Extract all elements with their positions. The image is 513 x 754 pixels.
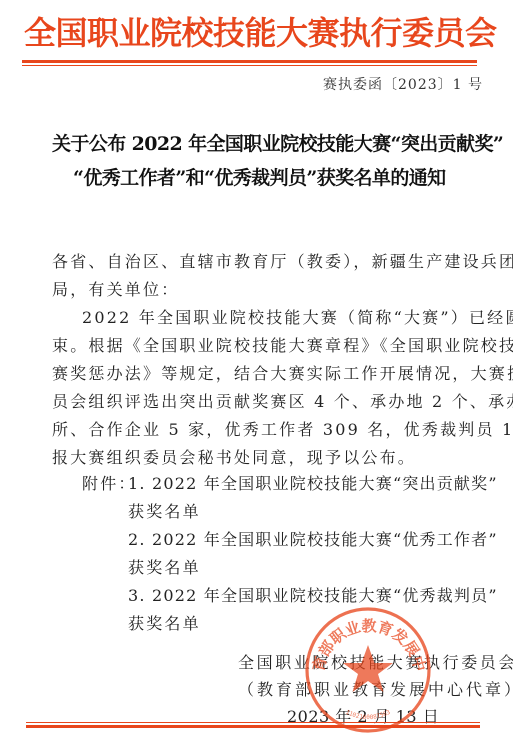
attachment-item-3-cont: 获奖名单 [128, 614, 201, 634]
paragraph-line-3: 赛奖惩办法》等规定，结合大赛实际工作开展情况，大赛执行委 [52, 364, 513, 384]
salutation-line-2: 局，有关单位： [52, 280, 179, 300]
attachment-item-3: 3. 2022 年全国职业院校技能大赛“优秀裁判员” [128, 586, 498, 606]
document-number: 赛执委函〔2023〕1 号 [323, 74, 483, 94]
attachment-item-1-cont: 获奖名单 [128, 502, 201, 522]
organization-header: 全国职业院校技能大赛执行委员会 [24, 9, 480, 57]
footer-rule-thin [26, 722, 480, 723]
header-rule-thick [22, 60, 477, 63]
title-line-1: 关于公布 2022 年全国职业院校技能大赛“突出贡献奖” [52, 129, 503, 156]
signature-organization: 全国职业院校技能大赛执行委员会 [238, 650, 513, 673]
title-line-2: “优秀工作者”和“优秀裁判员”获奖名单的通知 [73, 163, 446, 190]
paragraph-line-4: 员会组织评选出突出贡献奖赛区 4 个、承办地 2 个、承办校 35 [52, 392, 513, 412]
paragraph-line-1: 2022 年全国职业院校技能大赛（简称“大赛”）已经圆满结 [82, 308, 513, 328]
attachment-item-2-cont: 获奖名单 [128, 558, 201, 578]
paragraph-line-6: 报大赛组织委员会秘书处同意，现予以公布。 [52, 448, 416, 468]
header-rule-thin [22, 65, 477, 66]
paragraph-line-2: 束。根据《全国职业院校技能大赛章程》《全国职业院校技能大 [52, 336, 513, 356]
signature-date: 2023 年 2 月 13 日 [287, 704, 439, 727]
attachment-item-1: 1. 2022 年全国职业院校技能大赛“突出贡献奖” [128, 474, 498, 494]
attachment-item-2: 2. 2022 年全国职业院校技能大赛“优秀工作者” [128, 530, 498, 550]
paragraph-line-5: 所、合作企业 5 家，优秀工作者 309 名，优秀裁判员 100 名，经 [52, 420, 513, 440]
signature-proxy-seal: （教育部职业教育发展中心代章） [238, 677, 513, 700]
salutation-line-1: 各省、自治区、直辖市教育厅（教委），新疆生产建设兵团教育 [52, 252, 513, 272]
footer-rule-thick [26, 725, 480, 728]
